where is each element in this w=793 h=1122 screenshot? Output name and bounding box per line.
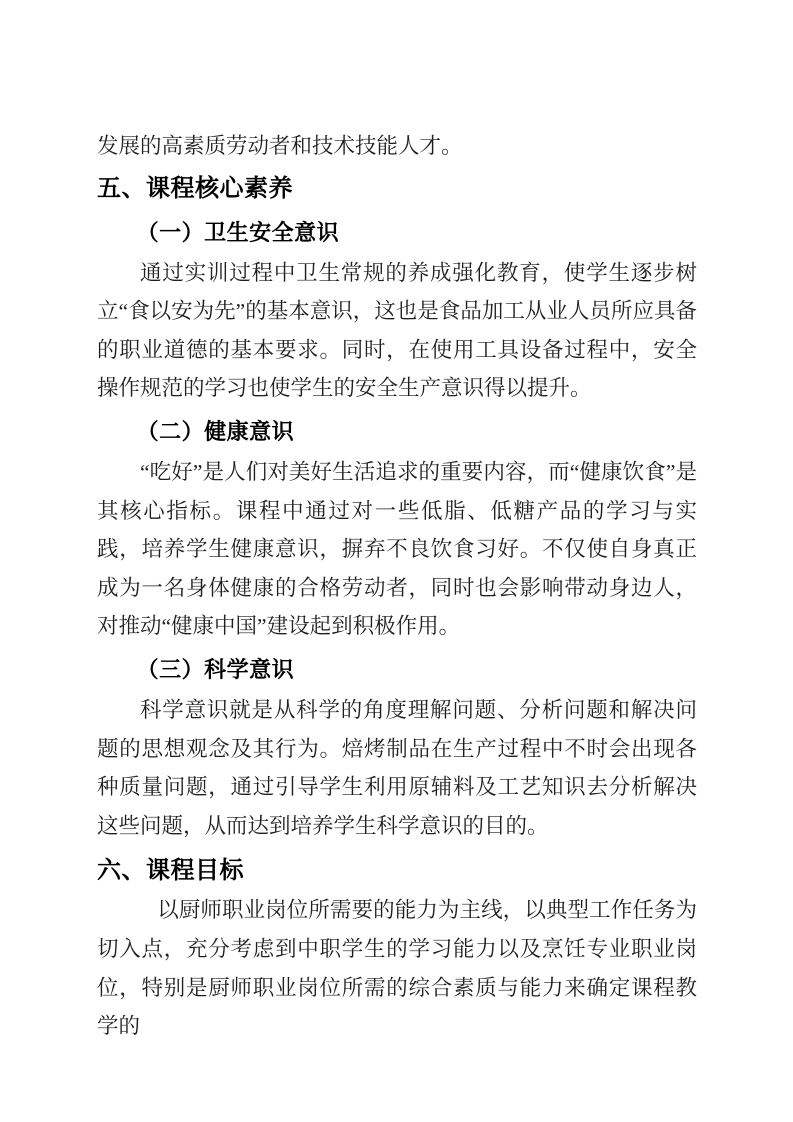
paragraph-health-awareness: “吃好”是人们对美好生活追求的重要内容，而“健康饮食”是其核心指标。课程中通过对… xyxy=(97,453,697,646)
paragraph-science-awareness: 科学意识就是从科学的角度理解问题、分析问题和解决问题的思想观念及其行为。焙烤制品… xyxy=(97,691,697,845)
paragraph-course-objectives: 以厨师职业岗位所需要的能力为主线，以典型工作任务为切入点，充分考虑到中职学生的学… xyxy=(97,891,697,1045)
document-page: 发展的高素质劳动者和技术技能人才。 五、课程核心素养 （一）卫生安全意识 通过实… xyxy=(0,0,793,1122)
carryover-paragraph: 发展的高素质劳动者和技术技能人才。 xyxy=(97,127,697,166)
subheading-hygiene-safety-awareness: （一）卫生安全意识 xyxy=(97,213,697,252)
subheading-science-awareness: （三）科学意识 xyxy=(97,650,697,689)
paragraph-hygiene-safety: 通过实训过程中卫生常规的养成强化教育，使学生逐步树立“食以安为先”的基本意识，这… xyxy=(97,254,697,408)
heading-section-five-core-competencies: 五、课程核心素养 xyxy=(97,169,697,209)
subheading-health-awareness: （二）健康意识 xyxy=(97,412,697,451)
heading-section-six-course-objectives: 六、课程目标 xyxy=(97,851,697,891)
